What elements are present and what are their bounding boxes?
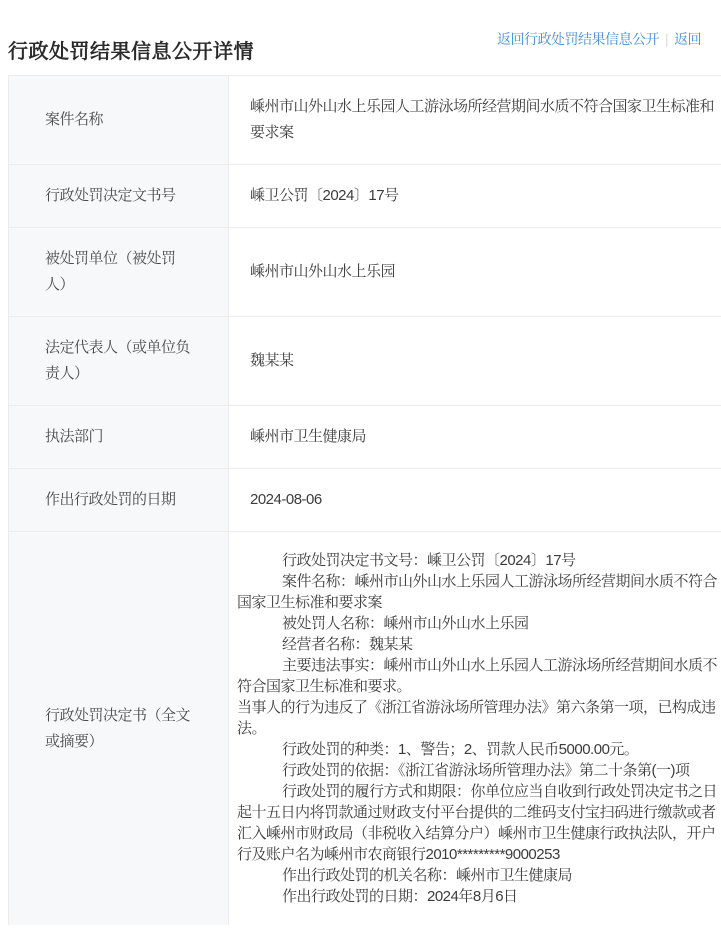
decision-paragraph: 行政处罚的履行方式和期限：你单位应当自收到行政处罚决定书之日起十五日内将罚款通过… (237, 781, 717, 865)
row-label: 行政处罚决定书（全文或摘要） (9, 532, 229, 925)
table-row-penalty-decision-document: 行政处罚决定书（全文或摘要） 行政处罚决定书文号：嵊卫公罚〔2024〕17号 案… (9, 532, 721, 925)
decision-paragraph: 作出行政处罚的日期：2024年8月6日 (237, 886, 717, 907)
decision-paragraph: 经营者名称：魏某某 (237, 634, 717, 655)
decision-paragraph: 行政处罚的种类：1、警告；2、罚款人民币5000.00元。 (237, 739, 717, 760)
row-value: 嵊州市山外山水上乐园 (229, 228, 721, 316)
row-value: 魏某某 (229, 317, 721, 405)
back-to-penalty-list-link[interactable]: 返回行政处罚结果信息公开 (497, 31, 659, 47)
decision-paragraph: 行政处罚决定书文号：嵊卫公罚〔2024〕17号 (237, 550, 717, 571)
table-row-penalty-date: 作出行政处罚的日期 2024-08-06 (9, 469, 721, 532)
table-row-document-number: 行政处罚决定文书号 嵊卫公罚〔2024〕17号 (9, 165, 721, 228)
back-link-truncated[interactable]: 返回 (674, 31, 701, 47)
table-row-punished-entity: 被处罚单位（被处罚人） 嵊州市山外山水上乐园 (9, 228, 721, 317)
decision-paragraph: 主要违法事实：嵊州市山外山水上乐园人工游泳场所经营期间水质不符合国家卫生标准和要… (237, 655, 717, 697)
link-separator: | (665, 31, 668, 47)
row-label: 被处罚单位（被处罚人） (9, 228, 229, 316)
penalty-detail-table: 案件名称 嵊州市山外山水上乐园人工游泳场所经营期间水质不符合国家卫生标准和要求案… (8, 75, 721, 925)
table-row-case-name: 案件名称 嵊州市山外山水上乐园人工游泳场所经营期间水质不符合国家卫生标准和要求案 (9, 76, 721, 165)
row-label: 行政处罚决定文书号 (9, 165, 229, 227)
row-label: 作出行政处罚的日期 (9, 469, 229, 531)
row-value: 嵊卫公罚〔2024〕17号 (229, 165, 721, 227)
page-title: 行政处罚结果信息公开详情 (8, 35, 254, 64)
decision-paragraph: 行政处罚的依据：《浙江省游泳场所管理办法》第二十条第(一)项 (237, 760, 717, 781)
decision-paragraph: 作出行政处罚的机关名称：嵊州市卫生健康局 (237, 865, 717, 886)
page-header: 行政处罚结果信息公开详情 返回行政处罚结果信息公开|返回 (0, 0, 721, 75)
row-value: 嵊州市山外山水上乐园人工游泳场所经营期间水质不符合国家卫生标准和要求案 (229, 76, 721, 164)
row-value: 嵊州市卫生健康局 (229, 406, 721, 468)
decision-paragraph: 被处罚人名称：嵊州市山外山水上乐园 (237, 613, 717, 634)
table-row-enforcement-department: 执法部门 嵊州市卫生健康局 (9, 406, 721, 469)
header-links: 返回行政处罚结果信息公开|返回 (497, 29, 701, 49)
row-label: 法定代表人（或单位负责人） (9, 317, 229, 405)
row-label: 案件名称 (9, 76, 229, 164)
row-label: 执法部门 (9, 406, 229, 468)
row-value: 2024-08-06 (229, 469, 721, 531)
table-row-legal-representative: 法定代表人（或单位负责人） 魏某某 (9, 317, 721, 406)
penalty-decision-text: 行政处罚决定书文号：嵊卫公罚〔2024〕17号 案件名称：嵊州市山外山水上乐园人… (229, 532, 721, 925)
penalty-detail-page: 行政处罚结果信息公开详情 返回行政处罚结果信息公开|返回 案件名称 嵊州市山外山… (0, 0, 721, 928)
decision-paragraph: 当事人的行为违反了《浙江省游泳场所管理办法》第六条第一项，已构成违法。 (237, 697, 717, 739)
decision-paragraph: 案件名称：嵊州市山外山水上乐园人工游泳场所经营期间水质不符合国家卫生标准和要求案 (237, 571, 717, 613)
